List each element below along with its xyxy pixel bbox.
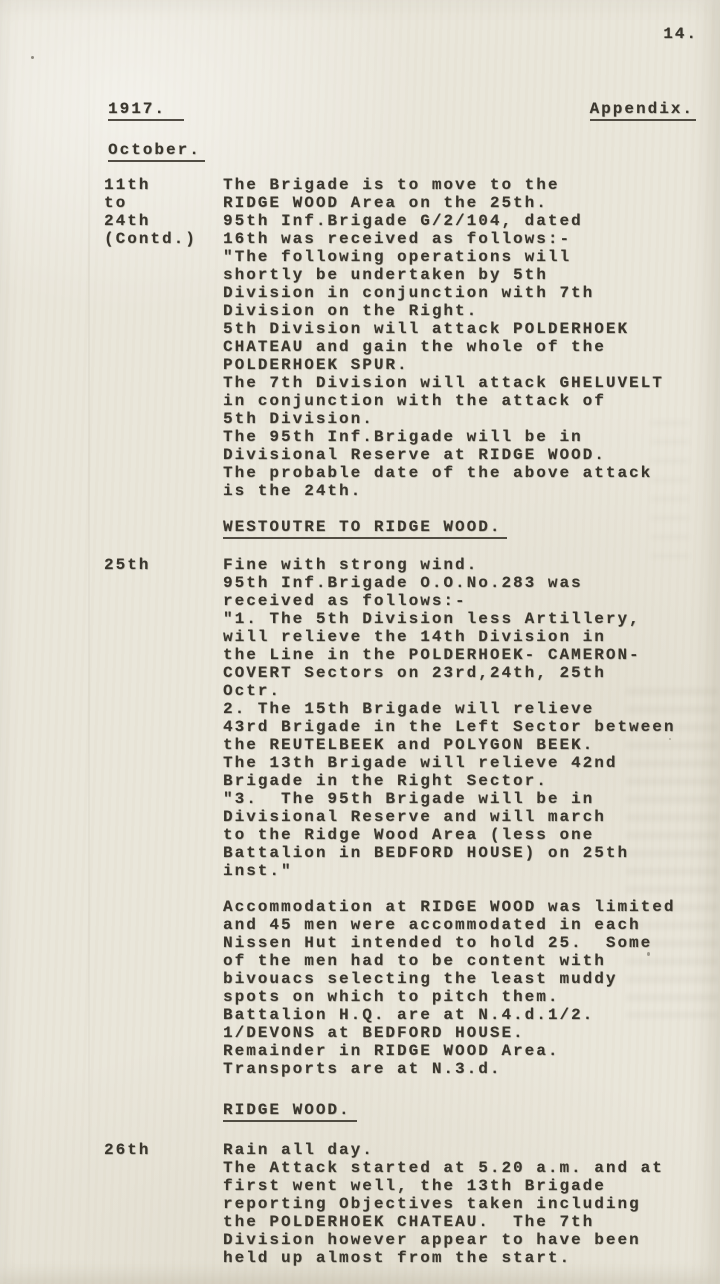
entry-body: Fine with strong wind.95th Inf.Brigade O… bbox=[223, 556, 720, 1078]
text-line: the POLDERHOEK CHATEAU. The 7th bbox=[223, 1213, 720, 1231]
text-line: 43rd Brigade in the Left Sector between bbox=[223, 718, 720, 736]
text-line: Battalion in BEDFORD HOUSE) on 25th bbox=[223, 844, 720, 862]
text-line: Division in conjunction with 7th bbox=[223, 284, 720, 302]
text-line: and 45 men were accommodated in each bbox=[223, 916, 720, 934]
text-line: The probable date of the above attack bbox=[223, 464, 720, 482]
text-line: 2. The 15th Brigade will relieve bbox=[223, 700, 720, 718]
text-line: Divisional Reserve and will march bbox=[223, 808, 720, 826]
date-line: 11th bbox=[104, 176, 223, 194]
diary-body: 11thto24th(Contd.)The Brigade is to move… bbox=[0, 176, 720, 1267]
text-line: 95th Inf.Brigade G/2/104, dated bbox=[223, 212, 720, 230]
text-line: Transports are at N.3.d. bbox=[223, 1060, 720, 1078]
entry-body: Rain all day.The Attack started at 5.20 … bbox=[223, 1141, 720, 1267]
text-line: Brigade in the Right Sector. bbox=[223, 772, 720, 790]
text-line: to the Ridge Wood Area (less one bbox=[223, 826, 720, 844]
text-line: Octr. bbox=[223, 682, 720, 700]
text-line: of the men had to be content with bbox=[223, 952, 720, 970]
paragraph: Fine with strong wind.95th Inf.Brigade O… bbox=[223, 556, 720, 880]
entry-date: 25th bbox=[104, 556, 223, 574]
text-line: Division on the Right. bbox=[223, 302, 720, 320]
text-line: The 13th Brigade will relieve 42nd bbox=[223, 754, 720, 772]
text-line: bivouacs selecting the least muddy bbox=[223, 970, 720, 988]
text-line: inst." bbox=[223, 862, 720, 880]
entry-date: 26th bbox=[104, 1141, 223, 1159]
text-line: Nissen Hut intended to hold 25. Some bbox=[223, 934, 720, 952]
text-line: the Line in the POLDERHOEK- CAMERON- bbox=[223, 646, 720, 664]
text-line: Remainder in RIDGE WOOD Area. bbox=[223, 1042, 720, 1060]
text-line: first went well, the 13th Brigade bbox=[223, 1177, 720, 1195]
paragraph: Accommodation at RIDGE WOOD was limiteda… bbox=[223, 898, 720, 1078]
date-line: 26th bbox=[104, 1141, 223, 1159]
date-line: 25th bbox=[104, 556, 223, 574]
entry-date: 11thto24th(Contd.) bbox=[104, 176, 223, 248]
date-line: 24th bbox=[104, 212, 223, 230]
text-line: Divisional Reserve at RIDGE WOOD. bbox=[223, 446, 720, 464]
paragraph: The Brigade is to move to theRIDGE WOOD … bbox=[223, 176, 720, 500]
text-line: 1/DEVONS at BEDFORD HOUSE. bbox=[223, 1024, 720, 1042]
month-heading: October. bbox=[108, 141, 205, 162]
appendix-label: Appendix. bbox=[590, 100, 696, 121]
page-number: 14. bbox=[663, 25, 698, 43]
paragraph: Rain all day.The Attack started at 5.20 … bbox=[223, 1141, 720, 1267]
appendix-label-text: Appendix. bbox=[590, 100, 696, 121]
paper-speck bbox=[31, 56, 34, 59]
text-line: 5th Division. bbox=[223, 410, 720, 428]
text-line: the REUTELBEEK and POLYGON BEEK. bbox=[223, 736, 720, 754]
section-heading: WESTOUTRE TO RIDGE WOOD. bbox=[223, 518, 720, 539]
text-line: Division however appear to have been bbox=[223, 1231, 720, 1249]
text-line: "The following operations will bbox=[223, 248, 720, 266]
text-line: will relieve the 14th Division in bbox=[223, 628, 720, 646]
text-line: RIDGE WOOD Area on the 25th. bbox=[223, 194, 720, 212]
text-line: shortly be undertaken by 5th bbox=[223, 266, 720, 284]
diary-entry: 11thto24th(Contd.)The Brigade is to move… bbox=[0, 176, 720, 500]
text-line: The Attack started at 5.20 a.m. and at bbox=[223, 1159, 720, 1177]
text-line: Fine with strong wind. bbox=[223, 556, 720, 574]
month-heading-text: October. bbox=[108, 141, 205, 162]
document-page: 14. 1917. Appendix. October. 11thto24th(… bbox=[0, 0, 720, 1284]
entry-body: The Brigade is to move to theRIDGE WOOD … bbox=[223, 176, 720, 500]
diary-entry: 25thFine with strong wind.95th Inf.Briga… bbox=[0, 556, 720, 1078]
section-heading: RIDGE WOOD. bbox=[223, 1101, 720, 1122]
text-line: COVERT Sectors on 23rd,24th, 25th bbox=[223, 664, 720, 682]
text-line: The 7th Division will attack GHELUVELT bbox=[223, 374, 720, 392]
text-line: POLDERHOEK SPUR. bbox=[223, 356, 720, 374]
text-line: spots on which to pitch them. bbox=[223, 988, 720, 1006]
text-line: held up almost from the start. bbox=[223, 1249, 720, 1267]
text-line: Battalion H.Q. are at N.4.d.1/2. bbox=[223, 1006, 720, 1024]
text-line: is the 24th. bbox=[223, 482, 720, 500]
year-heading-text: 1917. bbox=[108, 100, 184, 121]
text-line: in conjunction with the attack of bbox=[223, 392, 720, 410]
section-heading-text: WESTOUTRE TO RIDGE WOOD. bbox=[223, 518, 507, 539]
text-line: "3. The 95th Brigade will be in bbox=[223, 790, 720, 808]
text-line: received as follows:- bbox=[223, 592, 720, 610]
date-line: (Contd.) bbox=[104, 230, 223, 248]
text-line: The 95th Inf.Brigade will be in bbox=[223, 428, 720, 446]
date-line: to bbox=[104, 194, 223, 212]
section-heading-text: RIDGE WOOD. bbox=[223, 1101, 357, 1122]
text-line: Accommodation at RIDGE WOOD was limited bbox=[223, 898, 720, 916]
text-line: 16th was received as follows:- bbox=[223, 230, 720, 248]
diary-entry: 26thRain all day.The Attack started at 5… bbox=[0, 1141, 720, 1267]
text-line: reporting Objectives taken including bbox=[223, 1195, 720, 1213]
text-line: 5th Division will attack POLDERHOEK bbox=[223, 320, 720, 338]
text-line: CHATEAU and gain the whole of the bbox=[223, 338, 720, 356]
text-line: The Brigade is to move to the bbox=[223, 176, 720, 194]
text-line: 95th Inf.Brigade O.O.No.283 was bbox=[223, 574, 720, 592]
text-line: Rain all day. bbox=[223, 1141, 720, 1159]
text-line: "1. The 5th Division less Artillery, bbox=[223, 610, 720, 628]
year-heading: 1917. bbox=[108, 100, 184, 121]
